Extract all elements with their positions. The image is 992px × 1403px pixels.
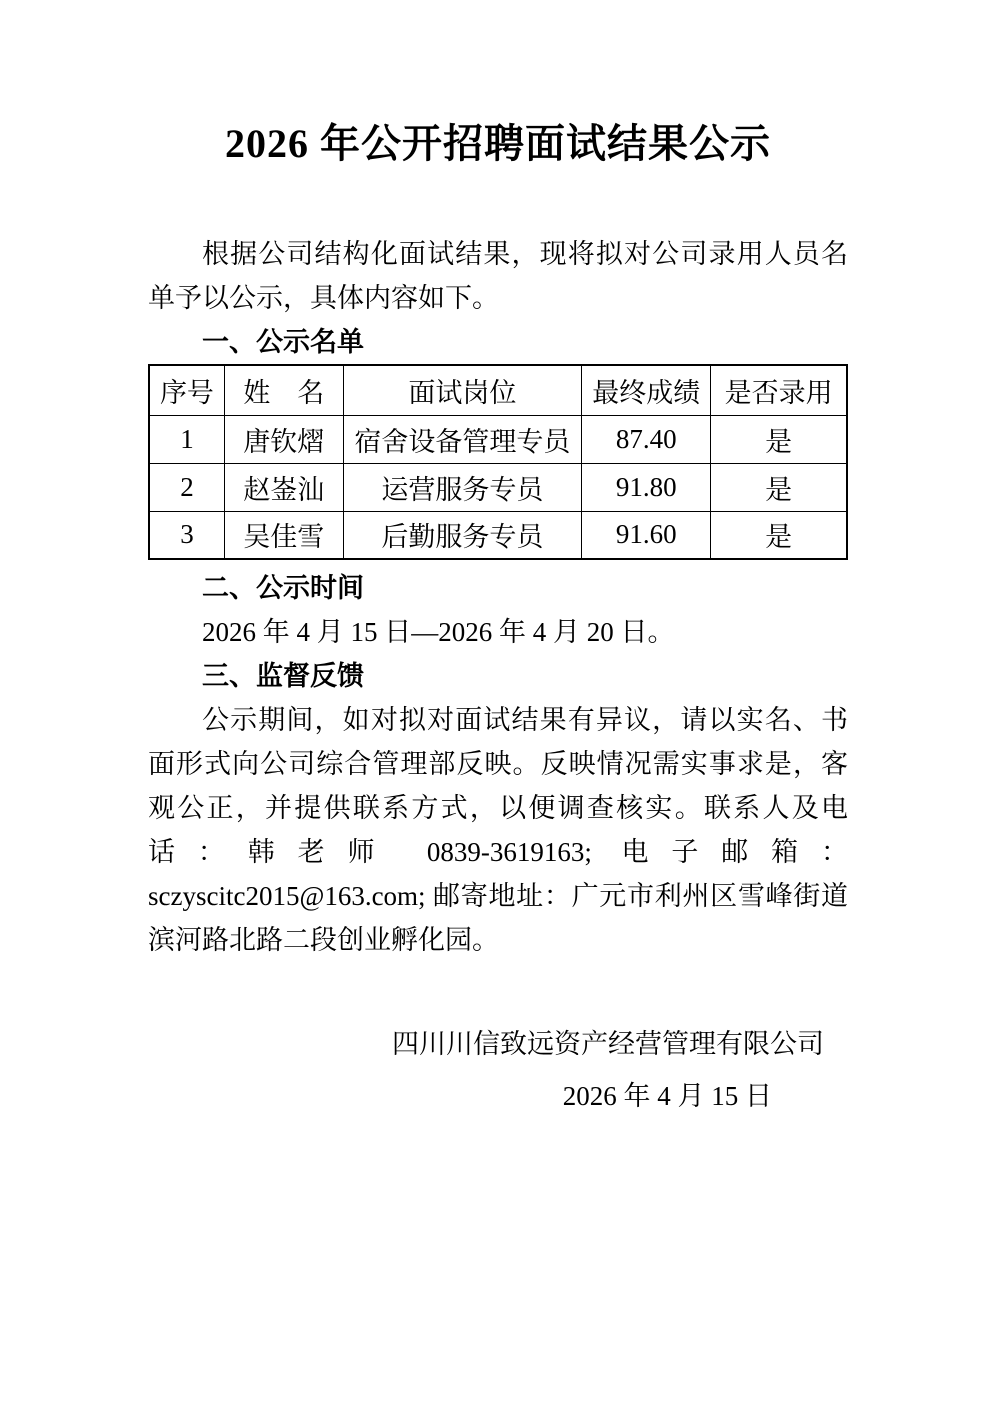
cell-hired: 是 [711, 463, 847, 511]
document-content: 2026 年公开招聘面试结果公示 根据公司结构化面试结果，现将拟对公司录用人员名… [0, 0, 992, 1122]
document-page: 2026 年公开招聘面试结果公示 根据公司结构化面试结果，现将拟对公司录用人员名… [0, 0, 992, 1403]
header-cell-no: 序号 [149, 365, 224, 415]
cell-hired: 是 [711, 415, 847, 463]
cell-hired: 是 [711, 511, 847, 559]
publicity-period-text: 2026 年 4 月 15 日—2026 年 4 月 20 日。 [148, 610, 848, 654]
table-row: 2 赵崟汕 运营服务专员 91.80 是 [149, 463, 847, 511]
section-heading-list: 一、公示名单 [148, 320, 848, 364]
signature-date: 2026 年 4 月 15 日 [148, 1070, 848, 1122]
header-cell-post: 面试岗位 [343, 365, 582, 415]
table-body: 1 唐钦熠 宿舍设备管理专员 87.40 是 2 赵崟汕 运营服务专员 91.8… [149, 415, 847, 559]
section-heading-time: 二、公示时间 [148, 566, 848, 610]
signature-block: 四川川信致远资产经营管理有限公司 2026 年 4 月 15 日 [148, 1018, 848, 1122]
intro-paragraph: 根据公司结构化面试结果，现将拟对公司录用人员名单予以公示，具体内容如下。 [148, 232, 848, 320]
cell-no: 3 [149, 511, 224, 559]
header-cell-score: 最终成绩 [582, 365, 711, 415]
table-row: 1 唐钦熠 宿舍设备管理专员 87.40 是 [149, 415, 847, 463]
cell-score: 91.80 [582, 463, 711, 511]
table-header-row: 序号 姓 名 面试岗位 最终成绩 是否录用 [149, 365, 847, 415]
table-header: 序号 姓 名 面试岗位 最终成绩 是否录用 [149, 365, 847, 415]
cell-name: 赵崟汕 [224, 463, 343, 511]
cell-post: 宿舍设备管理专员 [343, 415, 582, 463]
page-title: 2026 年公开招聘面试结果公示 [148, 118, 848, 170]
feedback-paragraph: 公示期间，如对拟对面试结果有异议，请以实名、书面形式向公司综合管理部反映。反映情… [148, 698, 848, 962]
cell-post: 后勤服务专员 [343, 511, 582, 559]
cell-score: 91.60 [582, 511, 711, 559]
cell-name: 唐钦熠 [224, 415, 343, 463]
table-row: 3 吴佳雪 后勤服务专员 91.60 是 [149, 511, 847, 559]
cell-name: 吴佳雪 [224, 511, 343, 559]
lower-sections: 二、公示时间 2026 年 4 月 15 日—2026 年 4 月 20 日。 … [148, 566, 848, 962]
cell-no: 1 [149, 415, 224, 463]
signature-company: 四川川信致远资产经营管理有限公司 [148, 1018, 848, 1070]
header-cell-name: 姓 名 [224, 365, 343, 415]
section-heading-feedback: 三、监督反馈 [148, 654, 848, 698]
results-table: 序号 姓 名 面试岗位 最终成绩 是否录用 1 唐钦熠 宿舍设备管理专员 87.… [148, 364, 848, 560]
cell-post: 运营服务专员 [343, 463, 582, 511]
cell-no: 2 [149, 463, 224, 511]
header-cell-hired: 是否录用 [711, 365, 847, 415]
cell-score: 87.40 [582, 415, 711, 463]
